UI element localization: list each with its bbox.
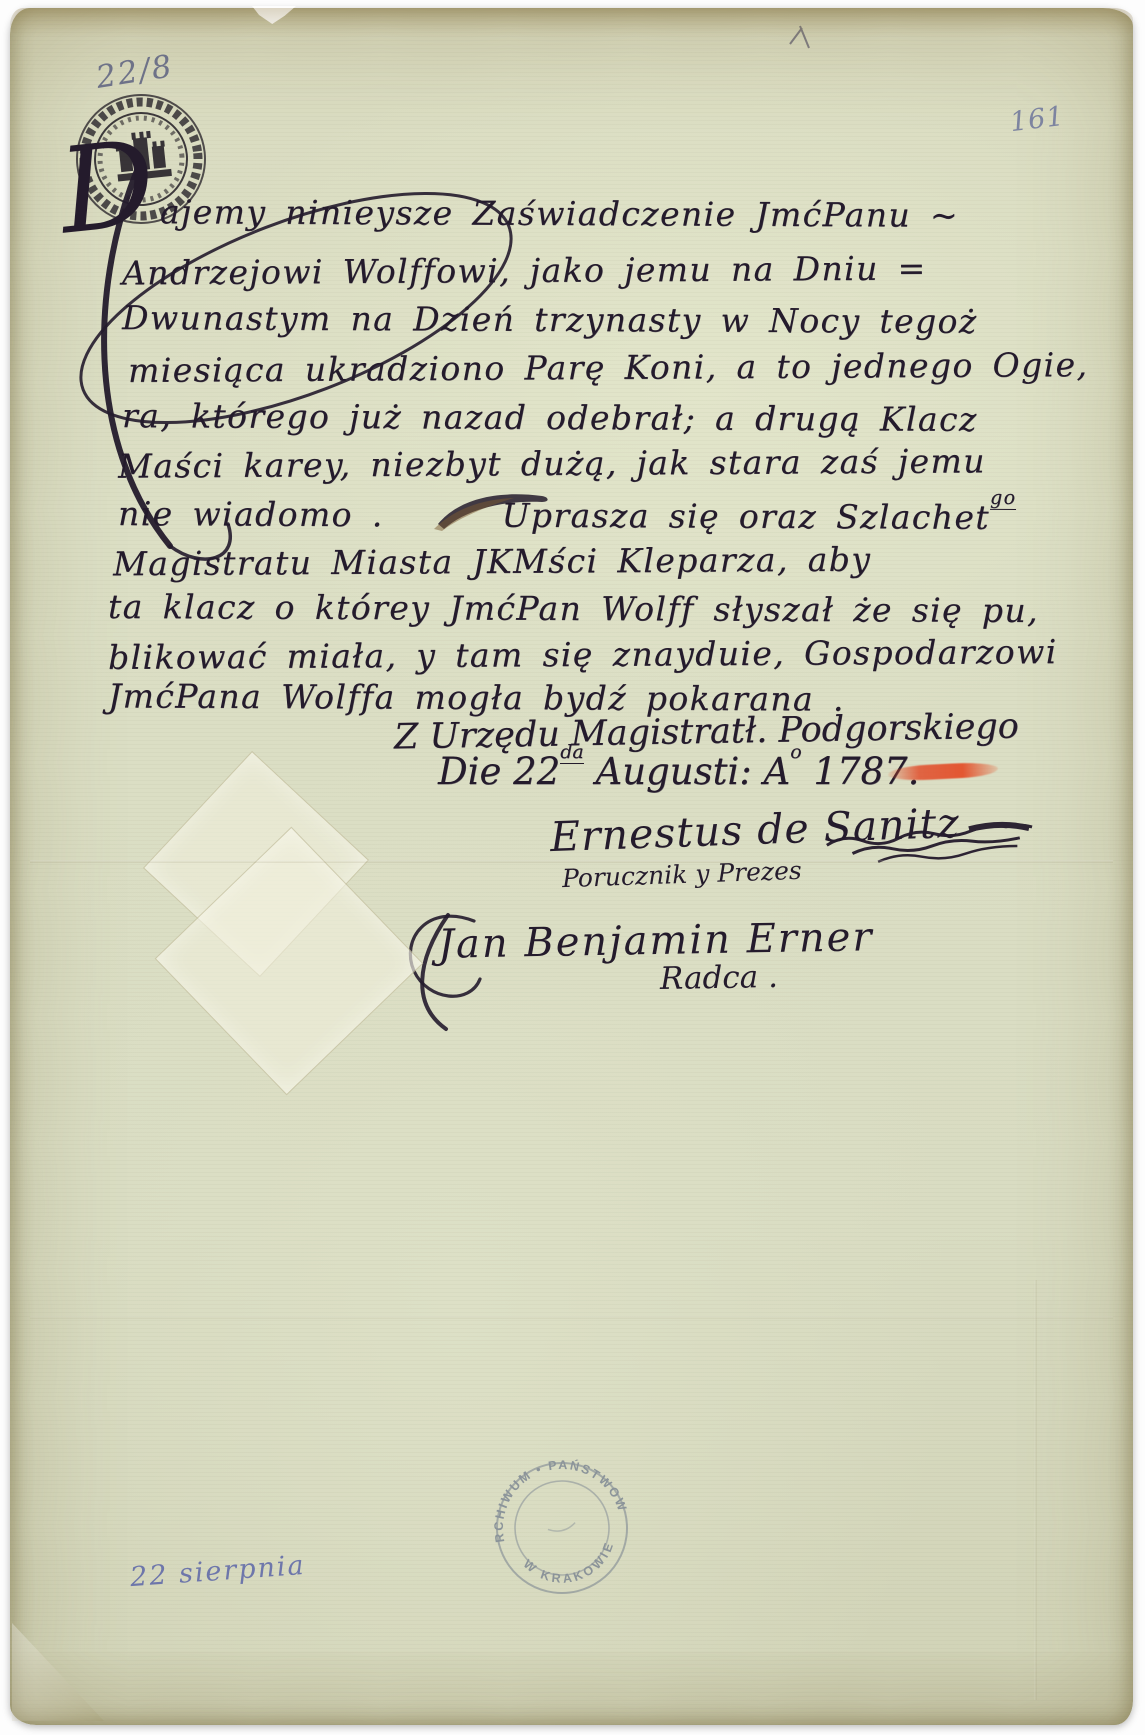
text-line: miesiąca ukradziono Parę Koni, a to jedn… xyxy=(128,345,1089,390)
archive-number-annotation: 161 xyxy=(1008,101,1066,138)
text-line: ra, którego już nazad odebrał; a drugą K… xyxy=(122,396,978,439)
official-title: Porucznik y Prezes xyxy=(562,856,803,893)
date-line: Die 22da Augusti: Ao 1787. xyxy=(438,750,919,793)
text-line: Andrzejowi Wolffowi, jako jemu na Dniu = xyxy=(122,249,927,293)
drop-cap-initial: D xyxy=(54,123,160,250)
secretary-signature: Jan Benjamin Erner xyxy=(438,914,874,968)
date-ordinal-superscript: da xyxy=(560,741,584,764)
line-text: Dwunastym na Dzień trzynasty w Nocy tego… xyxy=(122,298,978,341)
date-annotation: 22 sierpnia xyxy=(129,1550,306,1593)
line-text: miesiąca ukradziono Parę Koni, a to jedn… xyxy=(128,345,1089,390)
text-line: nie wiadomo .Uprasza się oraz Szlachetgo xyxy=(118,494,1017,537)
line-text: nie wiadomo . xyxy=(118,494,384,534)
text-line: ajemy ninieysze Zaświadczenie JmćPanu ~ xyxy=(160,192,959,234)
stamp-arc-top-text: • ARCHIWUM • PAŃSTWOWE • xyxy=(464,1429,630,1548)
secretary-title: Radca . xyxy=(660,959,779,997)
fold-crease xyxy=(30,1316,1113,1319)
anno-superscript: o xyxy=(790,741,801,763)
text-line: ta klacz o którey JmćPan Wolff słyszał ż… xyxy=(108,587,1039,630)
date-day: Die 22 xyxy=(438,750,560,793)
folded-corner xyxy=(12,1623,104,1721)
text-line: Maści karey, niezbyt dużą, jak stara zaś… xyxy=(118,441,986,485)
line-text: Andrzejowi Wolffowi, jako jemu na Dniu = xyxy=(122,249,927,293)
svg-text:• ARCHIWUM • PAŃSTWOWE •: • ARCHIWUM • PAŃSTWOWE • xyxy=(464,1429,630,1548)
ink-smudge xyxy=(430,484,560,534)
fold-crease xyxy=(1034,1280,1037,1700)
document-scan: 22/8 161 xyxy=(0,0,1145,1735)
pen-check-mark-icon xyxy=(785,20,827,52)
date-month: Augusti: A xyxy=(584,750,790,793)
line-text: ta klacz o którey JmćPan Wolff słyszał ż… xyxy=(108,587,1039,630)
line-text: Maści karey, niezbyt dużą, jak stara zaś… xyxy=(118,441,986,485)
text-line: Dwunastym na Dzień trzynasty w Nocy tego… xyxy=(122,298,978,341)
line-text: Uprasza się oraz Szlachet xyxy=(502,496,990,537)
line-text: ajemy ninieysze Zaświadczenie JmćPanu ~ xyxy=(160,192,959,234)
text-line: Magistratu Miasta JKMści Kleparza, aby xyxy=(113,540,872,584)
line-text: Magistratu Miasta JKMści Kleparza, aby xyxy=(113,540,872,584)
torn-edge-notch xyxy=(252,6,296,24)
archive-stamp: • ARCHIWUM • PAŃSTWOWE • W KRAKOWIE xyxy=(472,1438,651,1617)
superscript-abbreviation: go xyxy=(990,487,1017,510)
line-text: blikować miała, y tam się znayduie, Gosp… xyxy=(108,632,1058,677)
line-text: ra, którego już nazad odebrał; a drugą K… xyxy=(122,396,978,439)
document-page: 22/8 161 xyxy=(10,8,1133,1725)
text-line: blikować miała, y tam się znayduie, Gosp… xyxy=(108,632,1058,677)
